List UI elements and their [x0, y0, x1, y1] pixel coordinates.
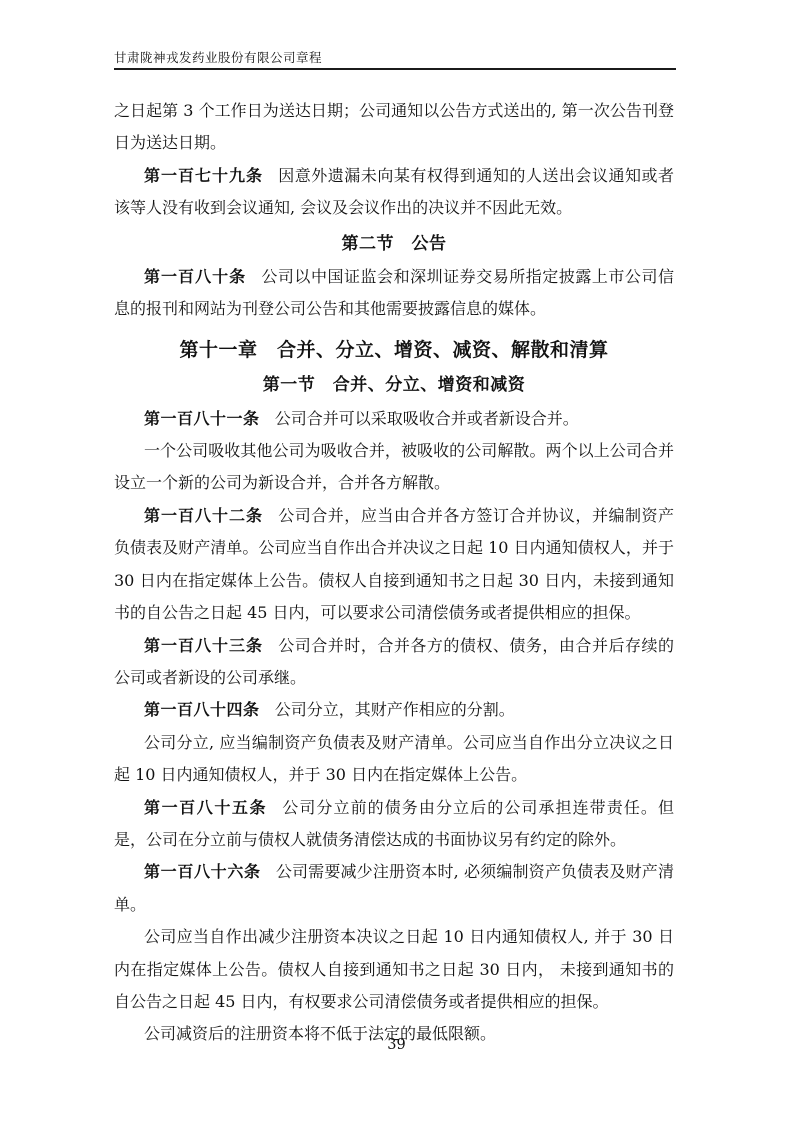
article-paragraph: 第一百八十二条公司合并，应当由合并各方签订合并协议，并编制资产负债表及财产清单。… [114, 500, 674, 630]
article-number-label: 第一百七十九条 [144, 166, 263, 185]
page-header: 甘肃陇神戎发药业股份有限公司章程 [114, 50, 676, 70]
article-number-label: 第一百八十六条 [144, 862, 261, 881]
article-number-label: 第一百八十三条 [144, 636, 263, 655]
article-paragraph: 第一百八十条公司以中国证监会和深圳证券交易所指定披露上市公司信息的报刊和网站为刊… [114, 261, 674, 326]
article-paragraph: 第一百七十九条因意外遗漏未向某有权得到通知的人送出会议通知或者该等人没有收到会议… [114, 160, 674, 225]
article-number-label: 第一百八十五条 [144, 798, 267, 817]
article-text: 一个公司吸收其他公司为吸收合并，被吸收的公司解散。两个以上公司合并设立一个新的公… [114, 441, 674, 492]
article-text: 公司合并可以采取吸收合并或者新设合并。 [275, 409, 579, 428]
section-heading: 第二节 公告 [114, 228, 674, 260]
article-number-label: 第一百八十一条 [144, 409, 260, 428]
article-text: 公司分立, 应当编制资产负债表及财产清单。公司应当自作出分立决议之日起 10 日… [114, 733, 674, 784]
article-paragraph: 一个公司吸收其他公司为吸收合并，被吸收的公司解散。两个以上公司合并设立一个新的公… [114, 435, 674, 500]
article-paragraph: 第一百八十六条公司需要减少注册资本时, 必须编制资产负债表及财产清单。 [114, 856, 674, 921]
article-paragraph: 第一百八十三条公司合并时，合并各方的债权、债务，由合并后存续的公司或者新设的公司… [114, 630, 674, 695]
article-number-label: 第一百八十条 [144, 267, 246, 286]
article-text: 公司分立，其财产作相应的分割。 [275, 700, 515, 719]
article-paragraph: 之日起第 3 个工作日为送达日期；公司通知以公告方式送出的, 第一次公告刊登日为… [114, 95, 674, 160]
article-text: 公司应当自作出减少注册资本决议之日起 10 日内通知债权人, 并于 30 日内在… [114, 927, 674, 1011]
article-paragraph: 公司分立, 应当编制资产负债表及财产清单。公司应当自作出分立决议之日起 10 日… [114, 727, 674, 792]
document-page: 甘肃陇神戎发药业股份有限公司章程 之日起第 3 个工作日为送达日期；公司通知以公… [0, 0, 793, 1122]
article-paragraph: 第一百八十五条公司分立前的债务由分立后的公司承担连带责任。但是，公司在分立前与债… [114, 792, 674, 857]
document-body: 之日起第 3 个工作日为送达日期；公司通知以公告方式送出的, 第一次公告刊登日为… [114, 95, 674, 1051]
article-paragraph: 第一百八十四条公司分立，其财产作相应的分割。 [114, 694, 674, 726]
article-text: 之日起第 3 个工作日为送达日期；公司通知以公告方式送出的, 第一次公告刊登日为… [114, 101, 674, 152]
article-paragraph: 第一百八十一条公司合并可以采取吸收合并或者新设合并。 [114, 403, 674, 435]
page-footer: 39 [0, 1037, 793, 1053]
section-heading: 第一节 合并、分立、增资和减资 [114, 369, 674, 401]
article-number-label: 第一百八十二条 [144, 506, 263, 525]
article-paragraph: 公司应当自作出减少注册资本决议之日起 10 日内通知债权人, 并于 30 日内在… [114, 921, 674, 1018]
article-number-label: 第一百八十四条 [144, 700, 260, 719]
chapter-heading: 第十一章 合并、分立、增资、减资、解散和清算 [114, 334, 674, 366]
page-number: 39 [387, 1037, 405, 1053]
page-header-title: 甘肃陇神戎发药业股份有限公司章程 [114, 50, 676, 65]
